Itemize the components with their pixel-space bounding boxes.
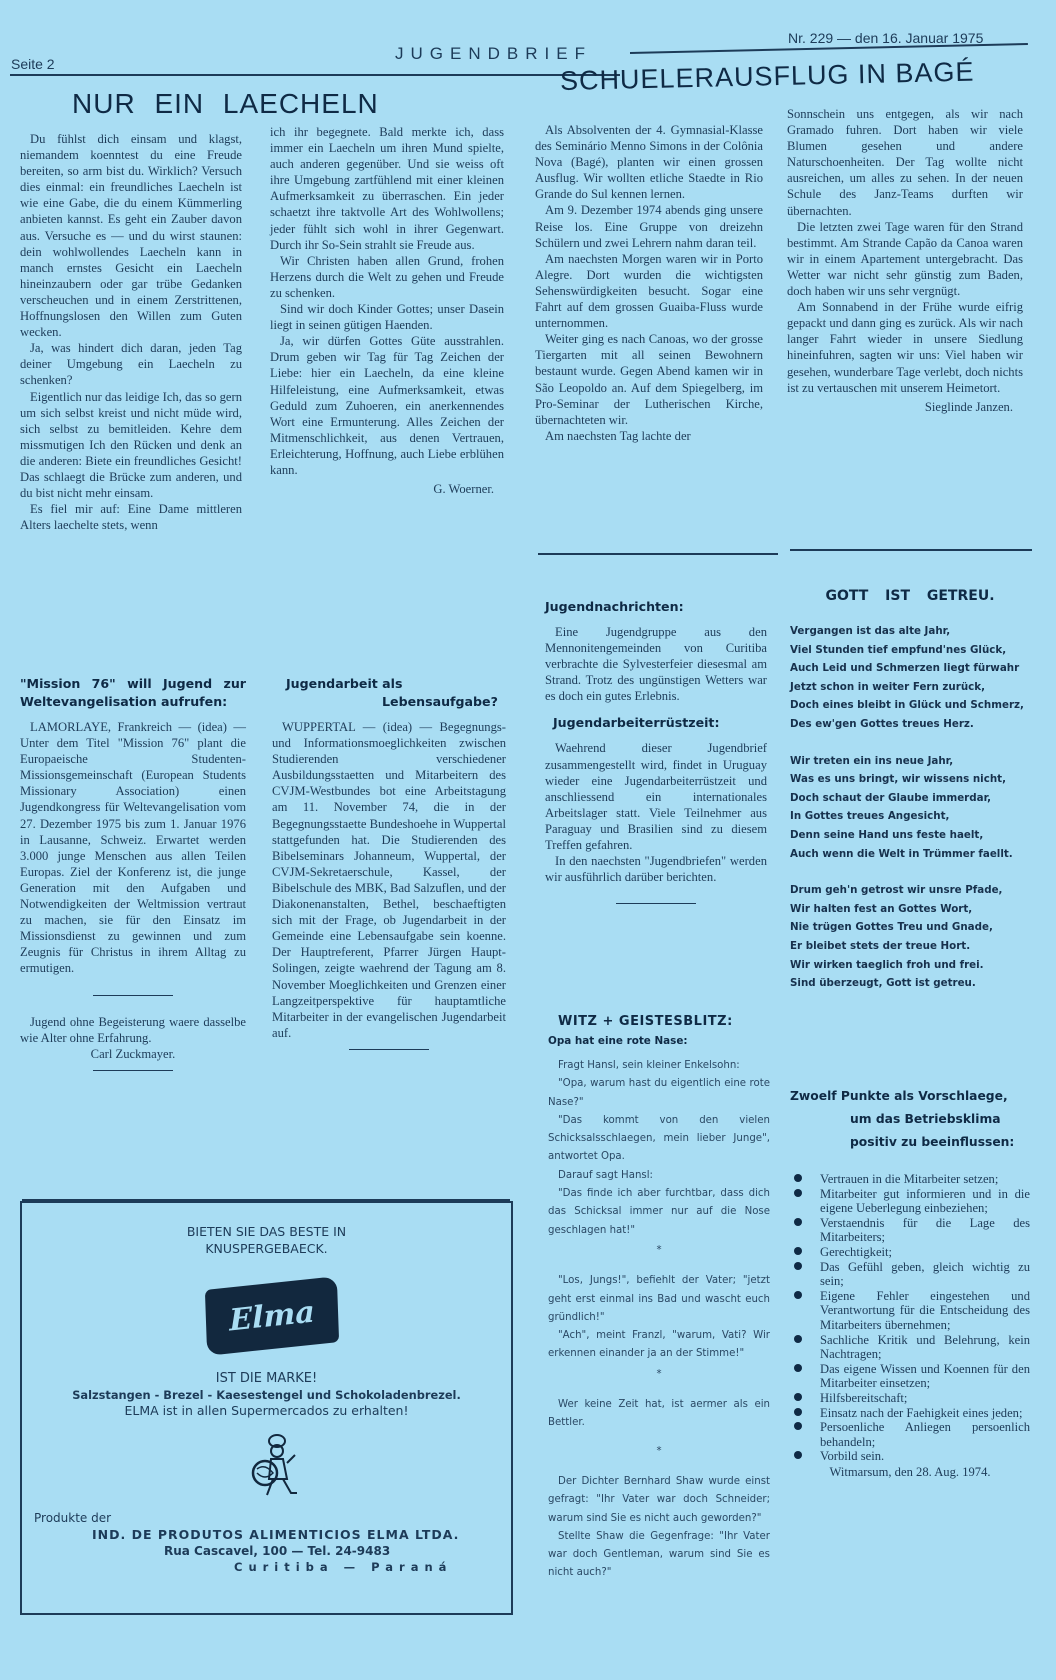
bullet-icon [794, 1451, 802, 1459]
poem-line: Jetzt schon in weiter Fern zurück, [790, 678, 1030, 697]
headline-ausflug: SCHUELERAUSFLUG IN BAGÉ [560, 57, 975, 97]
separator-star: * [548, 1242, 770, 1260]
article-ausflug-col3: Als Absolventen der 4. Gymnasial-Klasse … [535, 122, 763, 444]
chef-mascot-icon [247, 1433, 303, 1501]
page-number: Seite 2 [11, 56, 55, 72]
ad-products: Salzstangen - Brezel - Kaesestengel und … [22, 1388, 511, 1403]
paragraph: Es fiel mir auf: Eine Dame mittleren Alt… [20, 501, 242, 533]
paragraph: Weiter ging es nach Canoas, wo der gross… [535, 331, 763, 428]
joke-line: Fragt Hansl, sein kleiner Enkelsohn: [548, 1057, 770, 1075]
joke-line: "Das finde ich aber furchtbar, dass dich… [548, 1185, 770, 1240]
poem-line: Denn seine Hand uns feste haelt, [790, 826, 1030, 845]
article-title-line2: Lebensaufgabe? [272, 693, 506, 711]
quote-text: Jugend ohne Begeisterung waere dasselbe … [20, 1014, 246, 1046]
article-jugendarbeit: Jugendarbeit als Lebensaufgabe? WUPPERTA… [272, 675, 506, 1068]
paragraph: Am naechsten Tag lachte der [535, 428, 763, 444]
paragraph: Sind wir doch Kinder Gottes; unser Dasei… [270, 301, 504, 333]
ad-headline: BIETEN SIE DAS BESTE IN KNUSPERGEBAECK. [22, 1223, 511, 1257]
article-zwoelf-punkte: Zwoelf Punkte als Vorschlaege, um das Be… [790, 1085, 1030, 1480]
paragraph: Am naechsten Morgen waren wir in Porto A… [535, 251, 763, 331]
poem-line: Drum geh'n getrost wir unsre Pfade, [790, 881, 1030, 900]
section-divider [538, 553, 778, 555]
paragraph: Sonnschein uns entgegen, als wir nach Gr… [787, 106, 1023, 219]
bullet-icon [794, 1218, 802, 1226]
paragraph: Ja, wir dürfen Gottes Güte ausstrahlen. … [270, 333, 504, 478]
joke-title: Opa hat eine rote Nase: [548, 1035, 770, 1047]
author-signature: Sieglinde Janzen. [787, 399, 1023, 415]
joke-line: Darauf sagt Hansl: [548, 1167, 770, 1185]
joke-line: Der Dichter Bernhard Shaw wurde einst ge… [548, 1473, 770, 1528]
joke-line: Wer keine Zeit hat, ist aermer als ein B… [548, 1396, 770, 1433]
list-item: Das Gefühl geben, gleich wichtig zu sein… [790, 1260, 1030, 1289]
joke-line: "Opa, warum hast du eigentlich eine rote… [548, 1075, 770, 1112]
poem-line: Auch Leid und Schmerzen liegt fürwahr [790, 659, 1030, 678]
poem-line: Sind überzeugt, Gott ist getreu. [790, 974, 1030, 993]
poem-line: Wir wirken taeglich froh und frei. [790, 956, 1030, 975]
list-item: Verstaendnis für die Lage des Mitarbeite… [790, 1216, 1030, 1245]
newspaper-page: Seite 2 JUGENDBRIEF Nr. 229 — den 16. Ja… [0, 0, 1056, 1680]
section-divider [790, 549, 1032, 551]
paragraph: Am Sonnabend in der Frühe wurde eifrig g… [787, 299, 1023, 396]
section-title: WITZ + GEISTESBLITZ: [558, 1014, 770, 1029]
paragraph: Wir Christen haben allen Grund, frohen H… [270, 253, 504, 301]
bullet-icon [794, 1247, 802, 1255]
joke-line: "Ach", meint Franzl, "warum, Vati? Wir e… [548, 1327, 770, 1364]
article-title-line1: Jugendarbeit als [272, 675, 506, 693]
short-divider [616, 903, 696, 904]
joke-line: "Los, Jungs!", befiehlt der Vater; "jetz… [548, 1272, 770, 1327]
article-subtitle: Jugendarbeiterrüstzeit: [545, 714, 767, 732]
poem-line: Wir halten fest an Gottes Wort, [790, 900, 1030, 919]
article-laecheln-col2: ich ihr begegnete. Bald merkte ich, dass… [270, 124, 504, 497]
separator-star: * [548, 1443, 770, 1461]
bullet-icon [794, 1335, 802, 1343]
list-item: Das eigene Wissen und Koennen für den Mi… [790, 1362, 1030, 1391]
list-item: Persoenliche Anliegen persoenlich behand… [790, 1420, 1030, 1449]
ad-address: Rua Cascavel, 100 — Tel. 24-9483 [34, 1544, 499, 1558]
paragraph: Waehrend dieser Jugendbrief zusammengest… [545, 740, 767, 853]
poem-line: Doch eines bleibt in Glück und Schmerz, [790, 696, 1030, 715]
poem-title: GOTT IST GETREU. [790, 588, 1030, 604]
paragraph: Eine Jugendgruppe aus den Mennonitengeme… [545, 624, 767, 704]
list-item: Eigene Fehler eingestehen und Verantwort… [790, 1289, 1030, 1333]
ad-producer-label: Produkte der [34, 1511, 499, 1525]
bullet-icon [794, 1364, 802, 1372]
paragraph: Du fühlst dich einsam und klagst, nieman… [20, 131, 242, 340]
title-line: positiv zu beeinflussen: [790, 1131, 1030, 1154]
bullet-icon [794, 1291, 802, 1299]
author-signature: G. Woerner. [270, 481, 504, 497]
headline-laecheln: NUR EIN LAECHELN [72, 88, 379, 120]
poem-line: Nie trügen Gottes Treu und Gnade, [790, 918, 1030, 937]
list-item: Sachliche Kritik und Belehrung, kein Nac… [790, 1333, 1030, 1362]
poem-line: In Gottes treues Angesicht, [790, 807, 1030, 826]
title-line: Zwoelf Punkte als Vorschlaege, [790, 1085, 1030, 1108]
poem-line: Er bleibet stets der treue Hort. [790, 937, 1030, 956]
ad-company: IND. DE PRODUTOS ALIMENTICIOS ELMA LTDA. [34, 1527, 499, 1542]
poem-stanza: Drum geh'n getrost wir unsre Pfade, Wir … [790, 881, 1030, 993]
section-witz: WITZ + GEISTESBLITZ: Opa hat eine rote N… [548, 1014, 770, 1583]
article-title: Zwoelf Punkte als Vorschlaege, um das Be… [790, 1085, 1030, 1154]
bullet-icon [794, 1408, 802, 1416]
list-item: Gerechtigkeit; [790, 1245, 1030, 1260]
header-rule [10, 74, 620, 76]
elma-advertisement: BIETEN SIE DAS BESTE IN KNUSPERGEBAECK. … [20, 1201, 513, 1615]
quote-author: Carl Zuckmayer. [20, 1046, 246, 1062]
joke-line: "Das kommt von den vielen Schicksalsschl… [548, 1112, 770, 1167]
masthead: JUGENDBRIEF [395, 44, 592, 64]
poem-stanza: Wir treten ein ins neue Jahr, Was es uns… [790, 752, 1030, 864]
list-item: Hilfsbereitschaft; [790, 1391, 1030, 1406]
poem-line: Was es uns bringt, wir wissens nicht, [790, 770, 1030, 789]
title-line: um das Betriebsklima [790, 1108, 1030, 1131]
ad-body: IST DIE MARKE! Salzstangen - Brezel - Ka… [22, 1371, 511, 1418]
paragraph: Die letzten zwei Tage waren für den Stra… [787, 219, 1023, 299]
paragraph: LAMORLAYE, Frankreich — (idea) — Unter d… [20, 719, 246, 977]
list-item: Vertrauen in die Mitarbeiter setzen; [790, 1172, 1030, 1187]
ad-footer: Produkte der IND. DE PRODUTOS ALIMENTICI… [34, 1511, 499, 1574]
short-divider [349, 1049, 429, 1050]
paragraph: WUPPERTAL — (idea) — Begegnungs- und Inf… [272, 719, 506, 1041]
separator-star: * [548, 1366, 770, 1384]
bullet-list: Vertrauen in die Mitarbeiter setzen; Mit… [790, 1172, 1030, 1464]
paragraph: Eigentlich nur das leidige Ich, das so g… [20, 389, 242, 502]
poem-stanza: Vergangen ist das alte Jahr, Viel Stunde… [790, 622, 1030, 734]
poem-line: Des ew'gen Gottes treues Herz. [790, 715, 1030, 734]
list-item: Einsatz nach der Faehigkeit eines jeden; [790, 1406, 1030, 1421]
article-title: "Mission 76" will Jugend zur Weltevangel… [20, 675, 246, 711]
short-divider [93, 1070, 173, 1071]
elma-logo: Elma [205, 1276, 339, 1356]
bullet-icon [794, 1422, 802, 1430]
paragraph: Ja, was hindert dich daran, jeden Tag de… [20, 340, 242, 388]
article-laecheln-col1: Du fühlst dich einsam und klagst, nieman… [20, 131, 242, 533]
poem-line: Wir treten ein ins neue Jahr, [790, 752, 1030, 771]
article-title: Jugendnachrichten: [545, 598, 767, 616]
list-item: Mitarbeiter gut informieren und in die e… [790, 1187, 1030, 1216]
paragraph: Als Absolventen der 4. Gymnasial-Klasse … [535, 122, 763, 202]
bullet-icon [794, 1393, 802, 1401]
bullet-icon [794, 1189, 802, 1197]
poem-line: Auch wenn die Welt in Trümmer faellt. [790, 845, 1030, 864]
poem-gott-ist-getreu: GOTT IST GETREU. Vergangen ist das alte … [790, 588, 1030, 1011]
joke-line: Stellte Shaw die Gegenfrage: "Ihr Vater … [548, 1528, 770, 1583]
ad-city: Curitiba — Paraná [34, 1560, 499, 1574]
poem-line: Viel Stunden tief empfund'nes Glück, [790, 641, 1030, 660]
list-item: Vorbild sein. [790, 1449, 1030, 1464]
article-jugendnachrichten: Jugendnachrichten: Eine Jugendgruppe aus… [545, 598, 767, 922]
ad-slogan: IST DIE MARKE! [22, 1371, 511, 1386]
short-divider [93, 995, 173, 996]
paragraph: Am 9. Dezember 1974 abends ging unsere R… [535, 202, 763, 250]
ad-availability: ELMA ist in allen Supermercados zu erhal… [22, 1403, 511, 1418]
poem-line: Doch schaut der Glaube immerdar, [790, 789, 1030, 808]
bullet-icon [794, 1174, 802, 1182]
paragraph: ich ihr begegnete. Bald merkte ich, dass… [270, 124, 504, 253]
issue-date: Nr. 229 — den 16. Januar 1975 [788, 30, 983, 46]
article-ausflug-col4: Sonnschein uns entgegen, als wir nach Gr… [787, 106, 1023, 415]
bullet-icon [794, 1262, 802, 1270]
signoff: Witmarsum, den 28. Aug. 1974. [790, 1464, 1030, 1480]
poem-line: Vergangen ist das alte Jahr, [790, 622, 1030, 641]
article-mission76: "Mission 76" will Jugend zur Weltevangel… [20, 675, 246, 1089]
paragraph: In den naechsten "Jugendbriefen" werden … [545, 853, 767, 885]
